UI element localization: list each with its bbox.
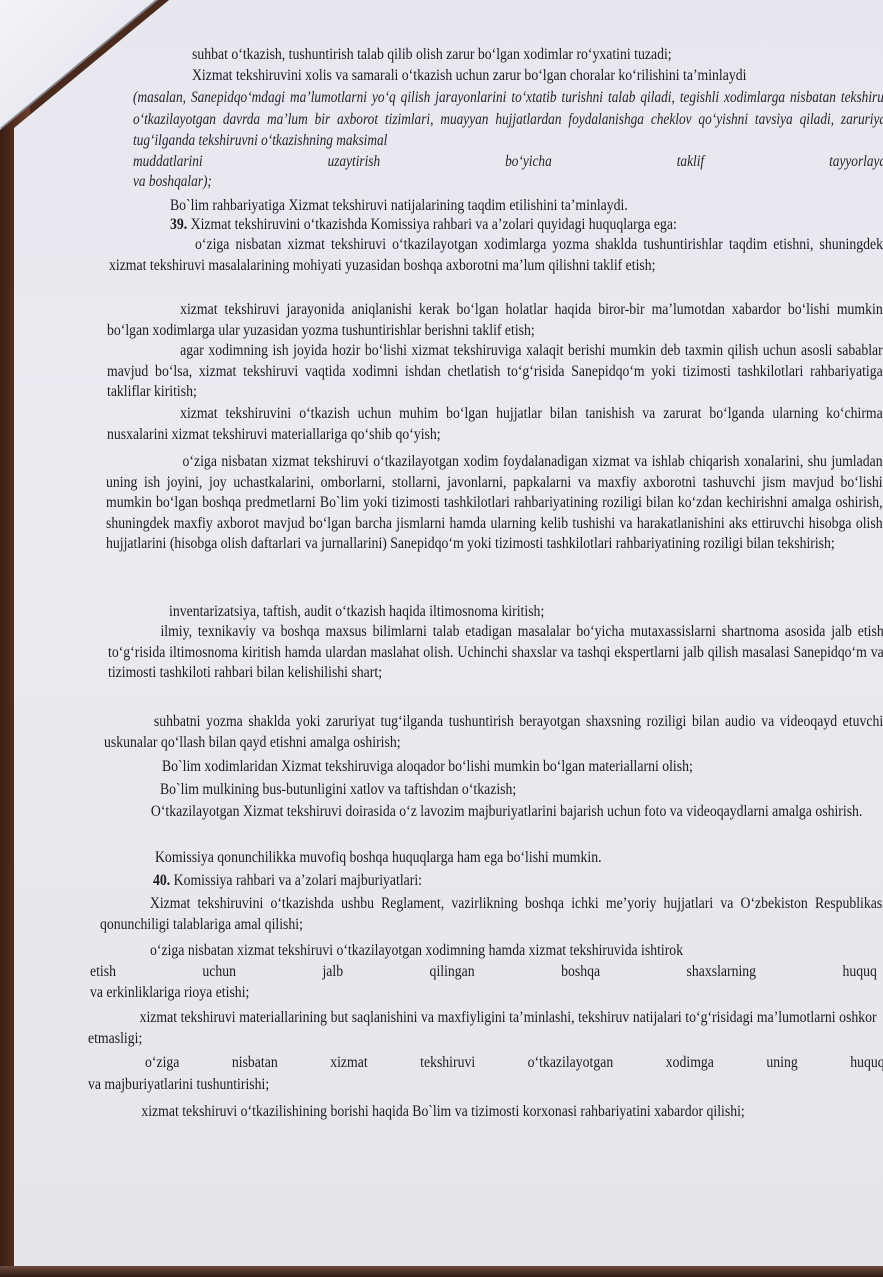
section-heading: Komissiya rahbari va a’zolari majburiyat… bbox=[174, 872, 422, 889]
paragraph: va erkinliklariga rioya etishi; bbox=[90, 983, 606, 1004]
section-number: 39. bbox=[170, 216, 187, 233]
paragraph: Komissiya qonunchilikka muvofiq boshqa h… bbox=[155, 848, 877, 869]
paragraph: suhbat o‘tkazish, tushuntirish talab qil… bbox=[192, 45, 811, 66]
paragraph: Xizmat tekshiruvini o‘tkazishda ushbu Re… bbox=[100, 894, 883, 935]
paragraph: va majburiyatlarini tushuntirishi; bbox=[88, 1075, 604, 1096]
paragraph: Bo`lim xodimlaridan Xizmat tekshiruviga … bbox=[162, 757, 867, 778]
paragraph: etish uchun jalb qilingan boshqa shaxsla… bbox=[90, 962, 877, 983]
paragraph: o‘ziga nisbatan xizmat tekshiruvi o‘tkaz… bbox=[109, 235, 883, 276]
section-number: 40. bbox=[153, 872, 170, 889]
paragraph-italic: va boshqalar); bbox=[133, 172, 391, 193]
paragraph: inventarizatsiya, taftish, audit o‘tkazi… bbox=[169, 602, 857, 623]
section-40: 40. Komissiya rahbari va a’zolari majbur… bbox=[153, 871, 875, 892]
paragraph-italic: (masalan, Sanepidqo‘mdagi ma’lumotlarni … bbox=[133, 87, 883, 152]
paragraph-italic: muddatlarini uzaytirish bo‘yicha taklif … bbox=[133, 152, 883, 173]
paragraph: o‘ziga nisbatan xizmat tekshiruvi o‘tkaz… bbox=[150, 941, 883, 962]
paragraph: Bo`lim mulkining bus-butunligini xatlov … bbox=[160, 780, 865, 801]
paragraph: O‘tkazilayotgan Xizmat tekshiruvi doiras… bbox=[101, 802, 883, 823]
paragraph: Xizmat tekshiruvini xolis va samarali o‘… bbox=[192, 66, 811, 87]
paragraph: suhbatni yozma shaklda yoki zaruriyat tu… bbox=[104, 712, 883, 753]
paragraph: xizmat tekshiruvi jarayonida aniqlanishi… bbox=[107, 300, 883, 341]
paragraph: Bo`lim rahbariyatiga Xizmat tekshiruvi n… bbox=[170, 196, 824, 217]
paragraph: xizmat tekshiruvi o‘tkazilishining boris… bbox=[88, 1102, 877, 1123]
paragraph: agar xodimning ish joyida hozir bo‘lishi… bbox=[107, 341, 883, 403]
paragraph: xizmat tekshiruvini o‘tkazish uchun muhi… bbox=[107, 404, 883, 445]
paragraph: o‘ziga nisbatan xizmat tekshiruvi o‘tkaz… bbox=[106, 452, 883, 555]
paragraph: ilmiy, texnikaviy va boshqa maxsus bilim… bbox=[108, 622, 883, 684]
paragraph: xizmat tekshiruvi materiallarining but s… bbox=[88, 1008, 877, 1049]
section-heading: Xizmat tekshiruvini o‘tkazishda Komissiy… bbox=[191, 216, 677, 233]
section-39: 39. Xizmat tekshiruvini o‘tkazishda Komi… bbox=[170, 215, 858, 236]
paragraph: o‘ziga nisbatan xizmat tekshiruvi o‘tkaz… bbox=[145, 1053, 883, 1074]
document-text: suhbat o‘tkazish, tushuntirish talab qil… bbox=[0, 0, 883, 1277]
